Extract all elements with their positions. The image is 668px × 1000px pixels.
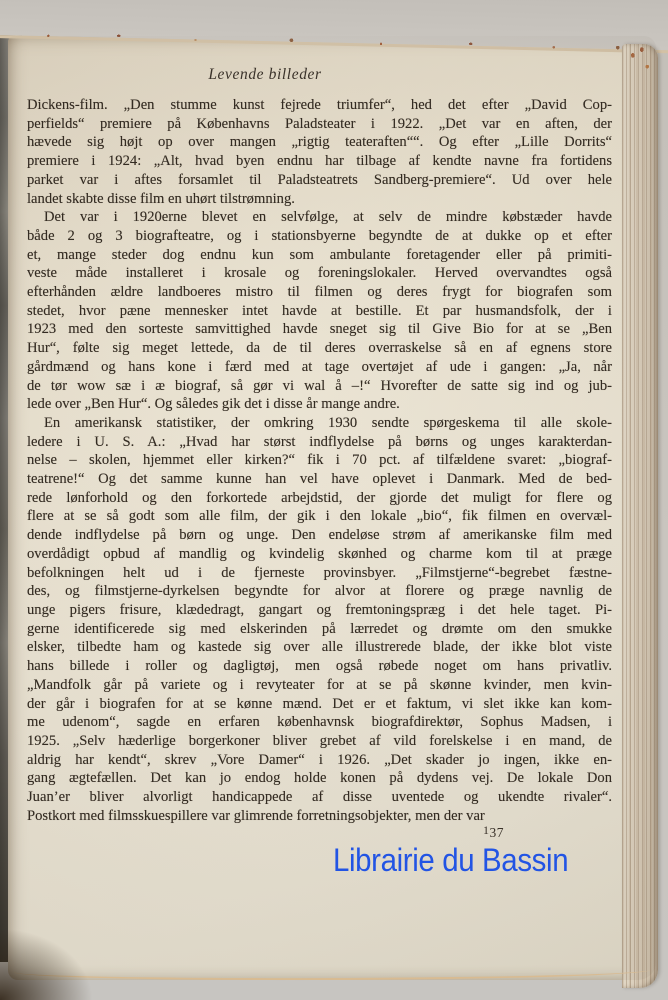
- page-number: 137: [483, 825, 504, 841]
- text-line: Postkort med filmsskuespillere var glimr…: [27, 807, 612, 826]
- text-line: efterhånden ældre landboeres mistro til …: [27, 283, 612, 302]
- text-line: ledere i U. S. A.: „Hvad har størst indf…: [27, 433, 612, 452]
- running-head: Levende billeder: [27, 66, 503, 84]
- text-line: både 2 og 3 biografteatre, og i stations…: [27, 227, 612, 246]
- text-line: stedet, hvor pæne mennesker intet havde …: [27, 302, 612, 321]
- text-line: aldrig har kendt“, skrev „Vore Damer“ i …: [27, 751, 612, 770]
- bookseller-watermark: Librairie du Bassin: [333, 842, 568, 879]
- text-line: elsker, tilbedte ham og kastede sig over…: [27, 638, 612, 657]
- text-line: veste måde installeret i krosale og fore…: [27, 264, 612, 283]
- text-line: landet skabte disse film en uhørt tilstr…: [27, 190, 612, 209]
- text-line: „Mandfolk går på variete og i revyteater…: [27, 676, 612, 695]
- text-line: dende indflydelse på børn og unge. Den e…: [27, 526, 612, 545]
- text-line: overdådigt opbud af mandlig og kvindelig…: [27, 545, 612, 564]
- text-line: gårdmænd og hans kone i færd med at tage…: [27, 358, 612, 377]
- text-line: gang ægtefællen. Det kan jo endog holde …: [27, 769, 612, 788]
- text-line: befolkningen helt ud i de fjerneste prov…: [27, 564, 612, 583]
- text-line: unge pigers frisure, klædedragt, gangart…: [27, 601, 612, 620]
- text-line: En amerikansk statistiker, der omkring 1…: [27, 414, 612, 433]
- text-line: hans billede i roller og dagligtøj, men …: [27, 657, 612, 676]
- book-photo: Levende billeder Dickens-film. „Den stum…: [0, 0, 668, 1000]
- page-number-digits: 37: [490, 825, 505, 840]
- text-line: parket var i aftes forsamlet til Paladst…: [27, 171, 612, 190]
- paragraph: En amerikansk statistiker, der omkring 1…: [27, 414, 612, 825]
- text-line: Dickens-film. „Den stumme kunst fejrede …: [27, 96, 612, 115]
- page-stack-fore-edge: [622, 44, 658, 988]
- text-line: der går i biografen for at se kønne mænd…: [27, 695, 612, 714]
- text-line: nelse – skolen, hjemmet eller kirken?“ f…: [27, 451, 612, 470]
- paragraph: Dickens-film. „Den stumme kunst fejrede …: [27, 96, 612, 208]
- text-line: Det var i 1920erne blevet en selvfølge, …: [27, 208, 612, 227]
- bottom-left-shadow: [0, 926, 96, 1000]
- text-line: gerne identificerede sig med elskerinden…: [27, 620, 612, 639]
- text-line: me udenom“, sagde en erfaren københavnsk…: [27, 713, 612, 732]
- text-line: rede lønforhold og den forkortede arbejd…: [27, 489, 612, 508]
- text-line: et, mange steder dog endnu kun som ambul…: [27, 246, 612, 265]
- text-line: 1925. „Selv hæderlige borgerkoner bliver…: [27, 732, 612, 751]
- text-block: Levende billeder Dickens-film. „Den stum…: [27, 66, 612, 825]
- text-line: lede over „Ben Hur“. Og således gik det …: [27, 395, 612, 414]
- paragraph: Det var i 1920erne blevet en selvfølge, …: [27, 208, 612, 414]
- text-line: perfields“ premiere på Københavns Palads…: [27, 115, 612, 134]
- text-line: de tør wow sæ i æ biograf, så gør vi wal…: [27, 377, 612, 396]
- text-line: premiere i 1924: „Alt, hvad byen endnu h…: [27, 152, 612, 171]
- text-line: teatrene!“ Og det samme kunne han vel ha…: [27, 470, 612, 489]
- body-text: Dickens-film. „Den stumme kunst fejrede …: [27, 96, 612, 825]
- text-line: hævede sig højt op over mangen „rigtig t…: [27, 133, 612, 152]
- text-line: 1923 med den sorteste samvittighed havde…: [27, 320, 612, 339]
- page-number-digit: 1: [483, 823, 490, 837]
- text-line: Hur“, følte sig meget lettede, da de til…: [27, 339, 612, 358]
- text-line: des, og filmstjerne-dyrkelsen begyndte f…: [27, 582, 612, 601]
- text-line: flere at se så godt som alle film, der g…: [27, 507, 612, 526]
- text-line: Juan’er bliver alvorligt handicappede af…: [27, 788, 612, 807]
